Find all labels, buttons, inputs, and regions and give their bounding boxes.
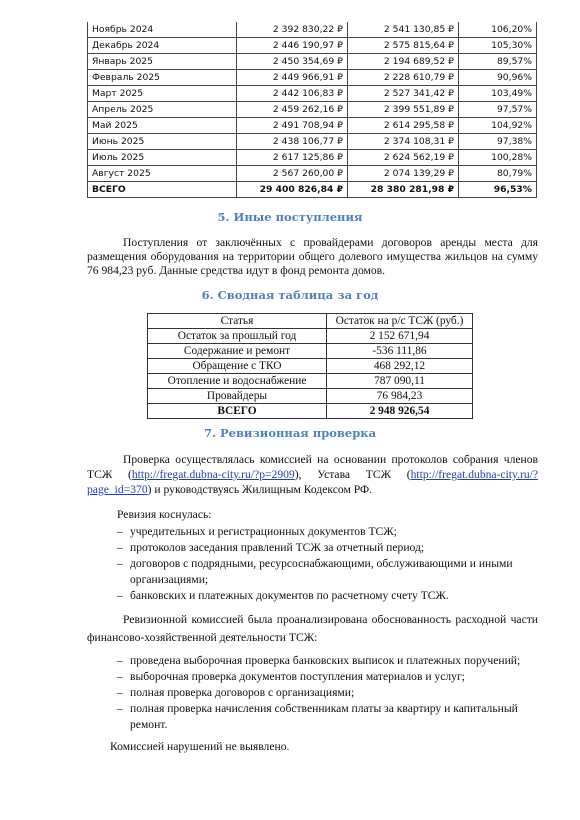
cell-month: Ноябрь 2024	[88, 22, 237, 38]
cell-item: Остаток за прошлый год	[148, 329, 327, 344]
cell-paid: 2 527 341,42 ₽	[348, 86, 459, 102]
table-row: Отопление и водоснабжение787 090,11	[148, 374, 473, 389]
cell-item: Отопление и водоснабжение	[148, 374, 327, 389]
list-item: –проведена выборочная проверка банковски…	[117, 653, 537, 669]
dash-bullet-icon: –	[117, 685, 123, 701]
cell-paid: 2 074 139,29 ₽	[348, 166, 459, 182]
table-header-row: СтатьяОстаток на р/с ТСЖ (руб.)	[148, 314, 473, 329]
cell-paid: 28 380 281,98 ₽	[348, 182, 459, 198]
dash-bullet-icon: –	[117, 701, 123, 717]
section-5-heading: 5. Иные поступления	[0, 210, 580, 224]
cell-month: Май 2025	[88, 118, 237, 134]
list-item-text: выборочная проверка документов поступлен…	[130, 670, 465, 683]
cell-percent: 90,96%	[459, 70, 537, 86]
list-item-text: учредительных и регистрационных документ…	[130, 525, 397, 538]
cell-month: Август 2025	[88, 166, 237, 182]
dash-bullet-icon: –	[117, 588, 123, 604]
table-row: Остаток за прошлый год2 152 671,94	[148, 329, 473, 344]
cell-balance: Остаток на р/с ТСЖ (руб.)	[327, 314, 473, 329]
cell-balance: 468 292,12	[327, 359, 473, 374]
cell-item: Обращение с ТКО	[148, 359, 327, 374]
cell-paid: 2 399 551,89 ₽	[348, 102, 459, 118]
checks-list: –проведена выборочная проверка банковски…	[117, 653, 537, 733]
section-7-heading: 7. Ревизионная проверка	[0, 426, 580, 440]
table-row: Обращение с ТКО468 292,12	[148, 359, 473, 374]
list-item: –полная проверка начисления собственника…	[117, 701, 537, 733]
table-row: Июль 20252 617 125,86 ₽2 624 562,19 ₽100…	[88, 150, 537, 166]
cell-accrued: 2 392 830,22 ₽	[237, 22, 348, 38]
cell-accrued: 2 450 354,69 ₽	[237, 54, 348, 70]
section-6-heading: 6. Сводная таблица за год	[0, 288, 580, 302]
cell-paid: 2 614 295,58 ₽	[348, 118, 459, 134]
cell-month: Март 2025	[88, 86, 237, 102]
cell-accrued: 2 438 106,77 ₽	[237, 134, 348, 150]
cell-percent: 97,57%	[459, 102, 537, 118]
cell-percent: 89,57%	[459, 54, 537, 70]
cell-month: Июнь 2025	[88, 134, 237, 150]
summary-table: СтатьяОстаток на р/с ТСЖ (руб.)Остаток з…	[147, 313, 473, 419]
intro-text-2: ), Устава ТСЖ (	[295, 468, 411, 481]
dash-bullet-icon: –	[117, 524, 123, 540]
cell-month: Февраль 2025	[88, 70, 237, 86]
analysis-text: Ревизионной комиссией была проанализиров…	[87, 611, 538, 647]
cell-percent: 106,20%	[459, 22, 537, 38]
section-7-intro: Проверка осуществлялась комиссией на осн…	[87, 452, 538, 497]
cell-balance: -536 111,86	[327, 344, 473, 359]
table-row: Январь 20252 450 354,69 ₽2 194 689,52 ₽8…	[88, 54, 537, 70]
table-row: Май 20252 491 708,94 ₽2 614 295,58 ₽104,…	[88, 118, 537, 134]
monthly-payments-table: Ноябрь 20242 392 830,22 ₽2 541 130,85 ₽1…	[87, 22, 537, 198]
cell-month: Январь 2025	[88, 54, 237, 70]
table-row: Февраль 20252 449 966,91 ₽2 228 610,79 ₽…	[88, 70, 537, 86]
table-row: Провайдеры76 984,23	[148, 389, 473, 404]
cell-month: Июль 2025	[88, 150, 237, 166]
cell-paid: 2 228 610,79 ₽	[348, 70, 459, 86]
cell-paid: 2 575 815,64 ₽	[348, 38, 459, 54]
table-row: Апрель 20252 459 262,16 ₽2 399 551,89 ₽9…	[88, 102, 537, 118]
document-page: Ноябрь 20242 392 830,22 ₽2 541 130,85 ₽1…	[0, 0, 580, 820]
list-item: –выборочная проверка документов поступле…	[117, 669, 537, 685]
cell-percent: 100,28%	[459, 150, 537, 166]
cell-balance: 787 090,11	[327, 374, 473, 389]
list-item: –банковских и платежных документов по ра…	[117, 588, 537, 604]
cell-percent: 105,30%	[459, 38, 537, 54]
cell-percent: 104,92%	[459, 118, 537, 134]
cell-balance: 76 984,23	[327, 389, 473, 404]
cell-paid: 2 194 689,52 ₽	[348, 54, 459, 70]
cell-accrued: 2 446 190,97 ₽	[237, 38, 348, 54]
cell-item: Статья	[148, 314, 327, 329]
cell-accrued: 2 617 125,86 ₽	[237, 150, 348, 166]
cell-paid: 2 624 562,19 ₽	[348, 150, 459, 166]
cell-accrued: 2 491 708,94 ₽	[237, 118, 348, 134]
cell-item: ВСЕГО	[148, 404, 327, 419]
table-row: Декабрь 20242 446 190,97 ₽2 575 815,64 ₽…	[88, 38, 537, 54]
dash-bullet-icon: –	[117, 669, 123, 685]
cell-accrued: 2 442 106,83 ₽	[237, 86, 348, 102]
table-row: Март 20252 442 106,83 ₽2 527 341,42 ₽103…	[88, 86, 537, 102]
cell-item: Провайдеры	[148, 389, 327, 404]
cell-accrued: 2 449 966,91 ₽	[237, 70, 348, 86]
cell-paid: 2 541 130,85 ₽	[348, 22, 459, 38]
table-total-row: ВСЕГО2 948 926,54	[148, 404, 473, 419]
list-item: –протоколов заседания правлений ТСЖ за о…	[117, 540, 537, 556]
cell-item: Содержание и ремонт	[148, 344, 327, 359]
dash-bullet-icon: –	[117, 540, 123, 556]
section-5-text: Поступления от заключённых с провайдерам…	[87, 236, 538, 278]
scope-label: Ревизия коснулась:	[117, 508, 517, 522]
list-item-text: банковских и платежных документов по рас…	[130, 589, 449, 602]
cell-balance: 2 948 926,54	[327, 404, 473, 419]
cell-paid: 2 374 108,31 ₽	[348, 134, 459, 150]
cell-balance: 2 152 671,94	[327, 329, 473, 344]
cell-month: ВСЕГО	[88, 182, 237, 198]
cell-accrued: 29 400 826,84 ₽	[237, 182, 348, 198]
list-item-text: договоров с подрядными, ресурсоснабжающи…	[130, 557, 513, 586]
dash-bullet-icon: –	[117, 653, 123, 669]
cell-month: Апрель 2025	[88, 102, 237, 118]
dash-bullet-icon: –	[117, 556, 123, 572]
cell-percent: 103,49%	[459, 86, 537, 102]
list-item-text: полная проверка начисления собственникам…	[130, 702, 518, 731]
cell-percent: 96,53%	[459, 182, 537, 198]
conclusion: Комиссией нарушений не выявлено.	[110, 740, 510, 754]
table-row: Содержание и ремонт-536 111,86	[148, 344, 473, 359]
protocols-link[interactable]: http://fregat.dubna-city.ru/?p=2909	[132, 468, 295, 481]
table-row: Август 20252 567 260,00 ₽2 074 139,29 ₽8…	[88, 166, 537, 182]
list-item-text: проведена выборочная проверка банковских…	[130, 654, 520, 667]
cell-accrued: 2 459 262,16 ₽	[237, 102, 348, 118]
list-item-text: полная проверка договоров с организациям…	[130, 686, 354, 699]
cell-accrued: 2 567 260,00 ₽	[237, 166, 348, 182]
cell-month: Декабрь 2024	[88, 38, 237, 54]
scope-list: –учредительных и регистрационных докумен…	[117, 524, 537, 604]
table-total-row: ВСЕГО29 400 826,84 ₽28 380 281,98 ₽96,53…	[88, 182, 537, 198]
table-row: Ноябрь 20242 392 830,22 ₽2 541 130,85 ₽1…	[88, 22, 537, 38]
cell-percent: 80,79%	[459, 166, 537, 182]
list-item-text: протоколов заседания правлений ТСЖ за от…	[130, 541, 424, 554]
list-item: –договоров с подрядными, ресурсоснабжающ…	[117, 556, 537, 588]
list-item: –полная проверка договоров с организация…	[117, 685, 537, 701]
intro-text-3: ) и руководствуясь Жилищным Кодексом РФ.	[148, 483, 372, 496]
list-item: –учредительных и регистрационных докумен…	[117, 524, 537, 540]
cell-percent: 97,38%	[459, 134, 537, 150]
table-row: Июнь 20252 438 106,77 ₽2 374 108,31 ₽97,…	[88, 134, 537, 150]
